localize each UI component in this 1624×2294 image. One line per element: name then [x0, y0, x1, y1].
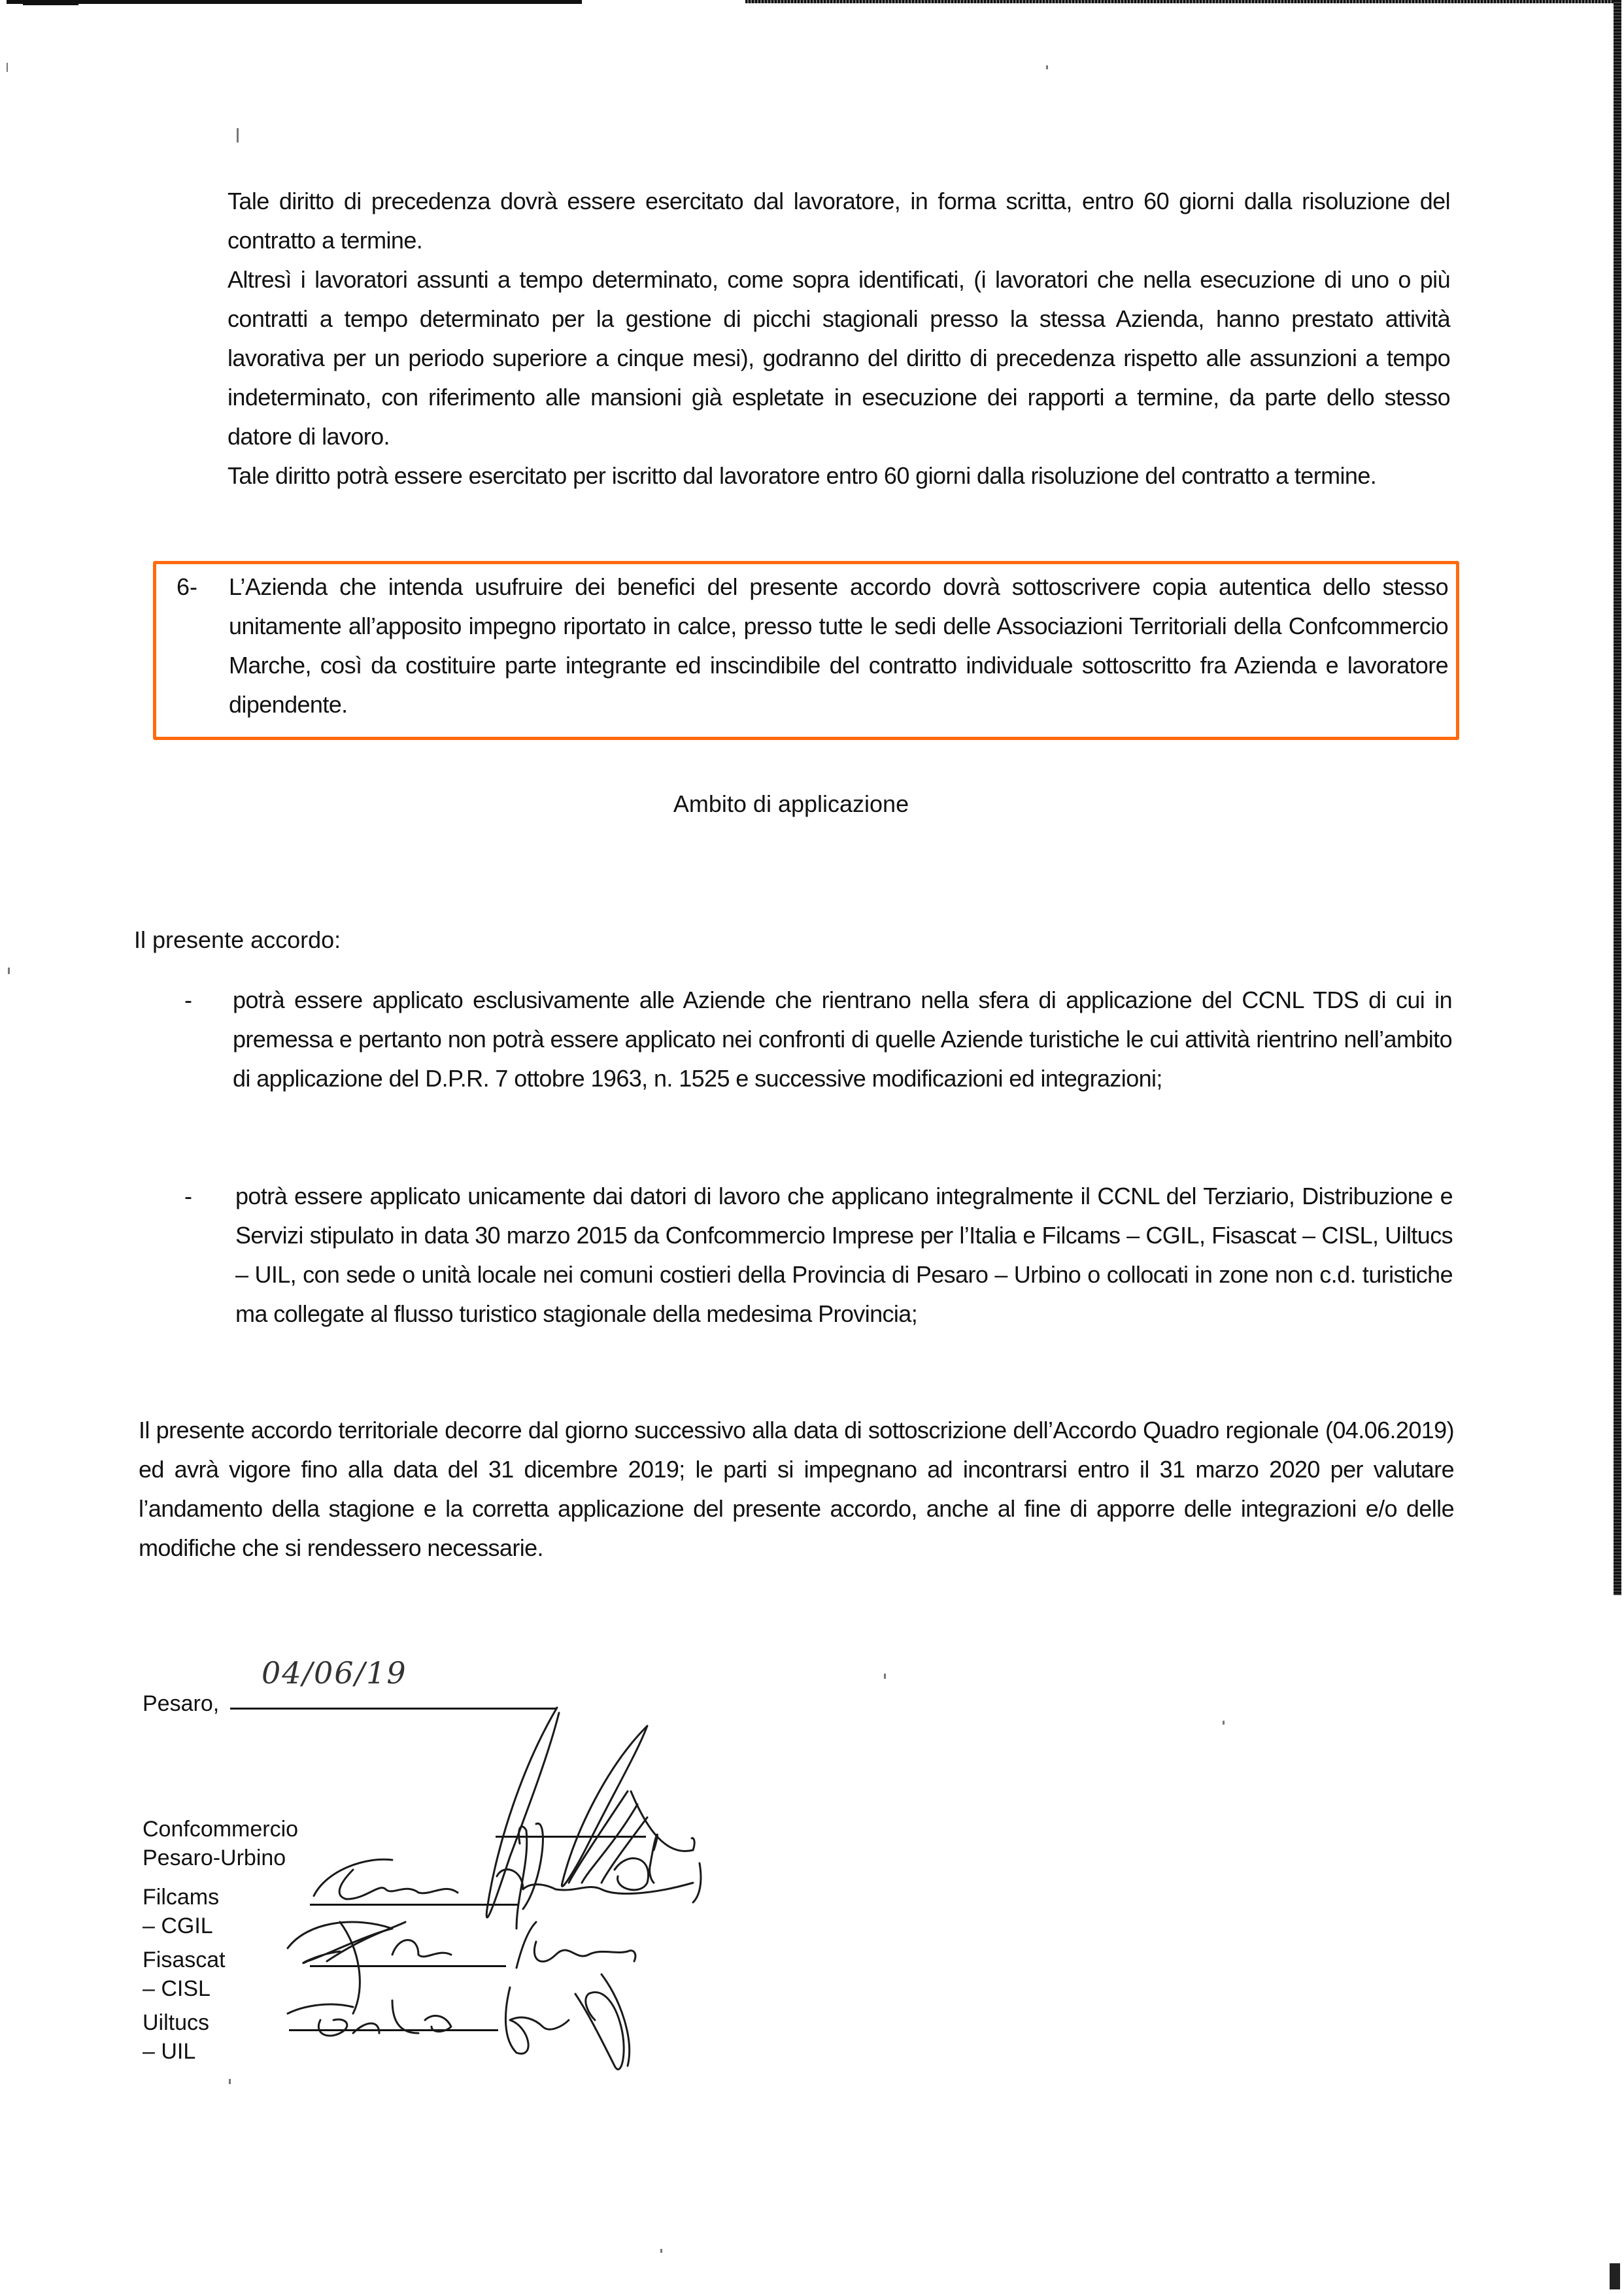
signature-line [310, 1965, 506, 1967]
signature-line [310, 1904, 519, 1906]
scan-artifact-right-edge [1614, 0, 1621, 1595]
scan-speck [8, 968, 10, 974]
place-label: Pesaro, [143, 1689, 219, 1718]
bullet-text: potrà essere applicato esclusivamente al… [233, 981, 1452, 1098]
scan-artifact-bottom-right [1610, 2263, 1620, 2289]
scan-speck [1046, 65, 1048, 69]
scan-speck [884, 1674, 886, 1679]
bullet-marker: - [184, 1177, 192, 1216]
scan-speck [237, 128, 239, 143]
scanned-page: Tale diritto di precedenza dovrà essere … [0, 0, 1624, 2294]
bullet-item: potrà essere applicato esclusivamente al… [233, 981, 1452, 1098]
scan-artifact-blob [23, 0, 78, 5]
signature-line [496, 1836, 646, 1838]
scan-speck [7, 63, 8, 72]
paragraph-line: Tale diritto di precedenza dovrà essere … [228, 182, 1450, 260]
paragraph-line: Tale diritto potrà essere esercitato per… [228, 456, 1450, 496]
handwritten-date: 04/06/19 [262, 1655, 407, 1691]
bullet-marker: - [184, 981, 192, 1020]
section-heading: Ambito di applicazione [0, 784, 1582, 824]
scan-speck [229, 2079, 231, 2084]
intro-text: Il presente accordo: [134, 920, 341, 960]
scan-artifact-top-right [745, 0, 1615, 3]
paragraph-precedence-rights: Tale diritto di precedenza dovrà essere … [228, 182, 1450, 496]
signatory-label: Fisascat – CISL [143, 1946, 226, 2003]
bullet-text: potrà essere applicato unicamente dai da… [235, 1177, 1453, 1334]
closing-paragraph: Il presente accordo territoriale decorre… [139, 1411, 1454, 1568]
signatory-label: Confcommercio Pesaro-Urbino [143, 1815, 298, 1872]
date-line [230, 1708, 557, 1710]
closing-text: Il presente accordo territoriale decorre… [139, 1411, 1454, 1568]
scan-speck [660, 2249, 662, 2253]
signature-line [289, 2029, 498, 2031]
paragraph-line: Altresì i lavoratori assunti a tempo det… [228, 260, 1450, 456]
scan-speck [1223, 1721, 1225, 1725]
item-text: L’Azienda che intenda usufruire dei bene… [229, 567, 1448, 724]
signatory-label: Uiltucs – UIL [143, 2008, 209, 2066]
signatory-label: Filcams – CGIL [143, 1883, 219, 1940]
bullet-item: potrà essere applicato unicamente dai da… [235, 1177, 1453, 1334]
scan-artifact-top-left [7, 0, 582, 4]
highlighted-item-text: L’Azienda che intenda usufruire dei bene… [229, 567, 1448, 724]
item-number: 6- [177, 567, 197, 607]
